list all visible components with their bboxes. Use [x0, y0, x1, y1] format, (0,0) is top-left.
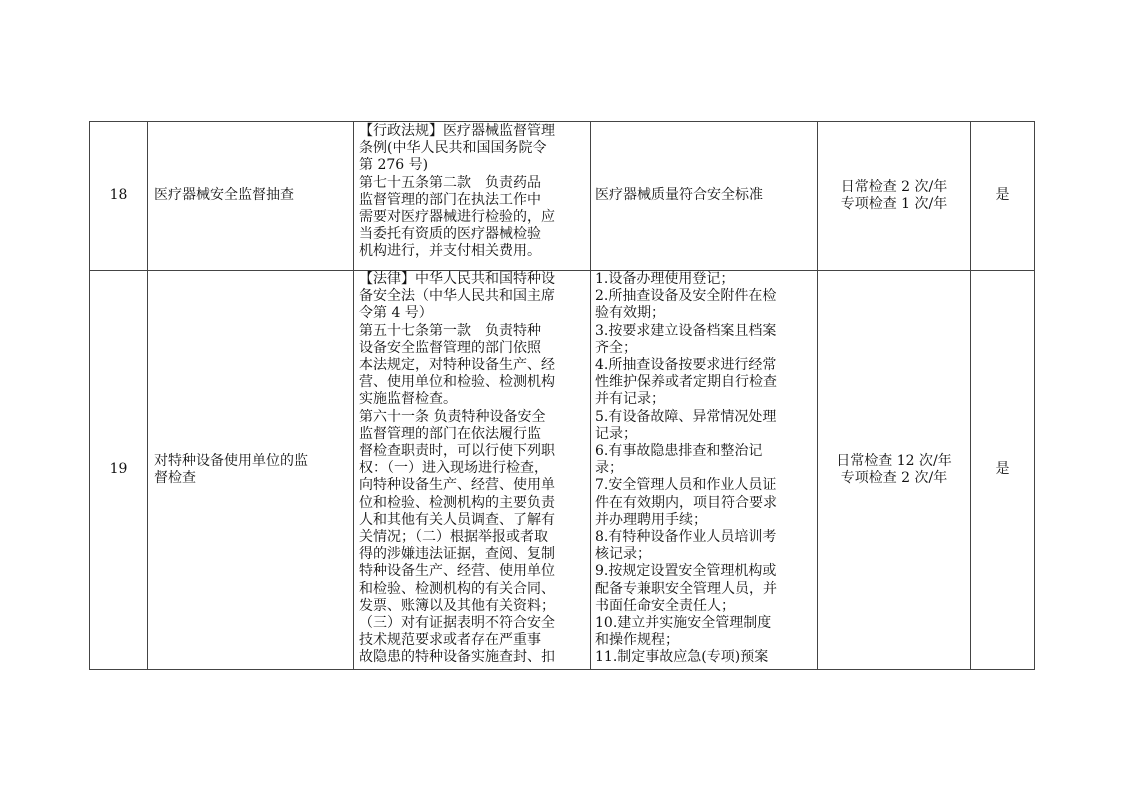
basis-line: 营、使用单位和检验、检测机构 [359, 374, 586, 391]
inspection-item: 医疗器械安全监督抽查 [148, 122, 354, 271]
content-line: 2.所抽查设备及安全附件在检 [595, 288, 813, 305]
content-line: 6.有事故隐患排查和整治记 [595, 443, 813, 460]
basis-line: 第六十一条 负责特种设备安全 [359, 409, 586, 426]
basis-line: 实施监督检查。 [359, 391, 586, 408]
content-text: 1.设备办理使用登记；2.所抽查设备及安全附件在检验有效期；3.按要求建立设备档… [595, 271, 813, 669]
inspection-content: 医疗器械质量符合安全标准 [591, 122, 818, 271]
table-row: 19 对特种设备使用单位的监 督检查 【法律】中华人民共和国特种设备安全法（中华… [90, 271, 1035, 670]
content-line: 性维护保养或者定期自行检查 [595, 374, 813, 391]
basis-line: 人和其他有关人员调查、了解有 [359, 512, 586, 529]
content-line: 5.有设备故障、异常情况处理 [595, 409, 813, 426]
content-line: 件在有效期内，项目符合要求 [595, 495, 813, 512]
content-line: 配备专兼职安全管理人员，并 [595, 581, 813, 598]
content-line: 齐全； [595, 340, 813, 357]
basis-line: 关情况；（二）根据举报或者取 [359, 529, 586, 546]
basis-line: 督检查职责时，可以行使下列职 [359, 443, 586, 460]
content-line: 医疗器械质量符合安全标准 [595, 187, 813, 204]
row-index: 18 [90, 122, 148, 271]
content-line: 记录； [595, 426, 813, 443]
content-line: 录； [595, 460, 813, 477]
table-row: 18 医疗器械安全监督抽查 【行政法规】医疗器械监督管理 条例(中华人民共和国国… [90, 122, 1035, 271]
basis-line: 【法律】中华人民共和国特种设 [359, 271, 586, 288]
content-line: 并有记录； [595, 391, 813, 408]
basis-line: 第五十七条第一款 负责特种 [359, 323, 586, 340]
content-line: 3.按要求建立设备档案且档案 [595, 323, 813, 340]
basis-line: 故隐患的特种设备实施查封、扣 [359, 649, 586, 666]
basis-line: 向特种设备生产、经营、使用单 [359, 477, 586, 494]
basis-line: 设备安全监督管理的部门依照 [359, 340, 586, 357]
content-line: 1.设备办理使用登记； [595, 271, 813, 288]
content-line: 核记录； [595, 546, 813, 563]
basis-line: 位和检验、检测机构的主要负责 [359, 495, 586, 512]
content-line: 8.有特种设备作业人员培训考 [595, 529, 813, 546]
content-line: 7.安全管理人员和作业人员证 [595, 477, 813, 494]
document-page: 18 医疗器械安全监督抽查 【行政法规】医疗器械监督管理 条例(中华人民共和国国… [0, 0, 1122, 793]
inspection-frequency: 日常检查 2 次/年 专项检查 1 次/年 [818, 122, 971, 271]
inspection-item: 对特种设备使用单位的监 督检查 [148, 271, 354, 670]
basis-line: （三）对有证据表明不符合安全 [359, 615, 586, 632]
basis-line: 【行政法规】医疗器械监督管理 [359, 123, 586, 140]
item-line: 医疗器械安全监督抽查 [154, 187, 347, 204]
basis-line: 条例(中华人民共和国国务院令 [359, 140, 586, 157]
frequency-line: 专项检查 2 次/年 [818, 470, 970, 487]
basis-line: 技术规范要求或者存在严重事 [359, 632, 586, 649]
basis-line: 得的涉嫌违法证据，查阅、复制 [359, 546, 586, 563]
basis-line: 当委托有资质的医疗器械检验 [359, 226, 586, 243]
content-line: 和操作规程； [595, 632, 813, 649]
basis-line: 发票、账簿以及其他有关资料； [359, 598, 586, 615]
basis-line: 需要对医疗器械进行检验的，应 [359, 209, 586, 226]
basis-line: 第七十五条第二款 负责药品 [359, 175, 586, 192]
content-line: 10.建立并实施安全管理制度 [595, 615, 813, 632]
basis-line: 和检验、检测机构的有关合同、 [359, 581, 586, 598]
row-index: 19 [90, 271, 148, 670]
flag-cell: 是 [971, 271, 1035, 670]
basis-line: 本法规定，对特种设备生产、经 [359, 357, 586, 374]
basis-line: 监督管理的部门在依法履行监 [359, 426, 586, 443]
content-line: 9.按规定设置安全管理机构或 [595, 563, 813, 580]
legal-basis: 【法律】中华人民共和国特种设备安全法（中华人民共和国主席令第 4 号）第五十七条… [354, 271, 591, 670]
basis-line: 机构进行，并支付相关费用。 [359, 243, 586, 260]
item-line: 对特种设备使用单位的监 [154, 453, 347, 470]
content-line: 验有效期； [595, 305, 813, 322]
basis-text: 【法律】中华人民共和国特种设备安全法（中华人民共和国主席令第 4 号）第五十七条… [359, 271, 586, 669]
basis-line: 监督管理的部门在执法工作中 [359, 192, 586, 209]
basis-line: 令第 4 号） [359, 305, 586, 322]
inspection-content: 1.设备办理使用登记；2.所抽查设备及安全附件在检验有效期；3.按要求建立设备档… [591, 271, 818, 670]
legal-basis: 【行政法规】医疗器械监督管理 条例(中华人民共和国国务院令 第 276 号) 第… [354, 122, 591, 271]
frequency-line: 专项检查 1 次/年 [818, 196, 970, 213]
flag-cell: 是 [971, 122, 1035, 271]
item-line: 督检查 [154, 470, 347, 487]
content-line: 书面任命安全责任人； [595, 598, 813, 615]
inspection-frequency: 日常检查 12 次/年 专项检查 2 次/年 [818, 271, 971, 670]
inspection-table: 18 医疗器械安全监督抽查 【行政法规】医疗器械监督管理 条例(中华人民共和国国… [89, 121, 1035, 670]
content-line: 并办理聘用手续； [595, 512, 813, 529]
frequency-line: 日常检查 12 次/年 [818, 453, 970, 470]
basis-line: 第 276 号) [359, 157, 586, 174]
content-line: 11.制定事故应急(专项)预案 [595, 649, 813, 666]
frequency-line: 日常检查 2 次/年 [818, 179, 970, 196]
basis-line: 特种设备生产、经营、使用单位 [359, 563, 586, 580]
basis-line: 权：（一）进入现场进行检查， [359, 460, 586, 477]
basis-line: 备安全法（中华人民共和国主席 [359, 288, 586, 305]
content-line: 4.所抽查设备按要求进行经常 [595, 357, 813, 374]
